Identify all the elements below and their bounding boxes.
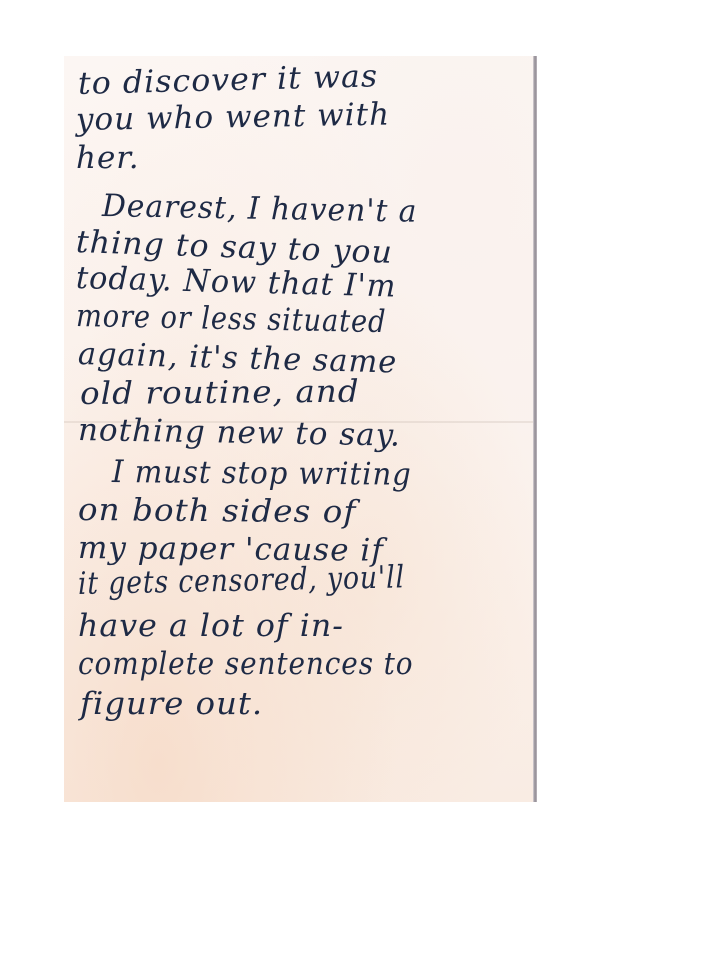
letter-line: Dearest, I haven't a — [102, 188, 418, 230]
letter-line: old routine, and — [80, 374, 360, 412]
letter-line: you who went with — [76, 97, 391, 138]
paper-right-edge — [533, 56, 537, 802]
letter-line: on both sides of — [78, 492, 357, 530]
letter-line: I must stop writing — [112, 454, 412, 493]
letter-line: have a lot of in- — [78, 608, 344, 644]
letter-line: it gets censored, you'll — [78, 559, 405, 602]
letter-line: figure out. — [80, 686, 263, 722]
letter-line: her. — [76, 140, 140, 176]
letter-line: complete sentences to — [78, 646, 413, 682]
letter-line: more or less situated — [76, 298, 387, 340]
letter-line: nothing new to say. — [78, 412, 402, 454]
letter-line: to discover it was — [78, 58, 379, 102]
